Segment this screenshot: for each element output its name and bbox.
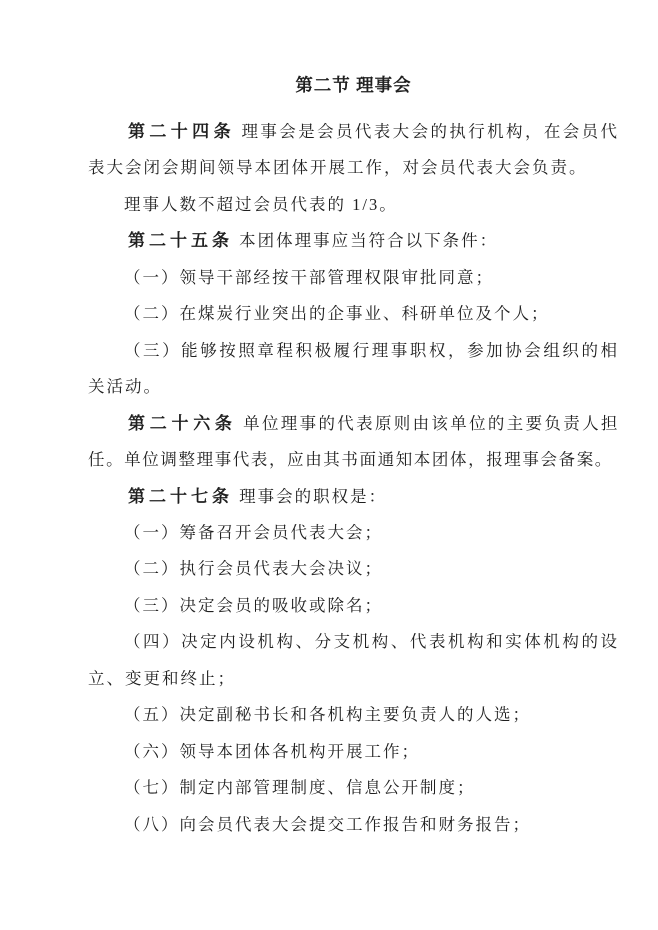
article-number-24: 第二十四条	[128, 122, 235, 141]
paragraph-text: （三）决定会员的吸收或除名；	[124, 596, 383, 615]
paragraph-text: （五）决定副秘书长和各机构主要负责人的人选；	[124, 705, 531, 724]
paragraph-article-26: 第二十六条 单位理事的代表原则由该单位的主要负责人担任。单位调整理事代表，应由其…	[88, 406, 619, 479]
paragraph-text: （一）领导干部经按干部管理权限审批同意；	[124, 268, 494, 287]
paragraph-ratio: 理事人数不超过会员代表的 1/3。	[88, 187, 619, 223]
paragraph-article-24: 第二十四条 理事会是会员代表大会的执行机构，在会员代表大会闭会期间领导本团体开展…	[88, 114, 619, 187]
article-text: 本团体理事应当符合以下条件：	[239, 231, 498, 250]
paragraph-text: （一）筹备召开会员代表大会；	[124, 523, 383, 542]
paragraph-power-4: （四）决定内设机构、分支机构、代表机构和实体机构的设立、变更和终止；	[88, 624, 619, 697]
paragraph-text: （二）执行会员代表大会决议；	[124, 559, 383, 578]
paragraph-power-8: （八）向会员代表大会提交工作报告和财务报告；	[88, 807, 619, 843]
paragraph-text: （六）领导本团体各机构开展工作；	[124, 742, 420, 761]
paragraph-article-27: 第二十七条 理事会的职权是：	[88, 479, 619, 515]
paragraph-condition-2: （二）在煤炭行业突出的企事业、科研单位及个人；	[88, 296, 619, 332]
article-number-26: 第二十六条	[128, 414, 237, 433]
paragraph-text: （三）能够按照章程积极履行理事职权，参加协会组织的相关活动。	[88, 341, 619, 396]
paragraph-article-25: 第二十五条 本团体理事应当符合以下条件：	[88, 223, 619, 259]
paragraph-power-3: （三）决定会员的吸收或除名；	[88, 588, 619, 624]
section-title: 第二节 理事会	[88, 70, 619, 100]
paragraph-condition-3: （三）能够按照章程积极履行理事职权，参加协会组织的相关活动。	[88, 333, 619, 406]
paragraph-power-7: （七）制定内部管理制度、信息公开制度；	[88, 770, 619, 806]
paragraph-power-5: （五）决定副秘书长和各机构主要负责人的人选；	[88, 697, 619, 733]
paragraph-text: （七）制定内部管理制度、信息公开制度；	[124, 778, 476, 797]
paragraph-text: （八）向会员代表大会提交工作报告和财务报告；	[124, 815, 531, 834]
paragraph-text: 理事人数不超过会员代表的 1/3。	[124, 195, 398, 214]
article-text: 理事会的职权是：	[239, 487, 387, 506]
document-page: 第二节 理事会 第二十四条 理事会是会员代表大会的执行机构，在会员代表大会闭会期…	[88, 70, 619, 843]
paragraph-text: （二）在煤炭行业突出的企事业、科研单位及个人；	[124, 304, 550, 323]
paragraph-power-6: （六）领导本团体各机构开展工作；	[88, 734, 619, 770]
paragraph-power-1: （一）筹备召开会员代表大会；	[88, 515, 619, 551]
paragraph-power-2: （二）执行会员代表大会决议；	[88, 551, 619, 587]
paragraph-text: （四）决定内设机构、分支机构、代表机构和实体机构的设立、变更和终止；	[88, 632, 619, 687]
article-number-25: 第二十五条	[128, 231, 233, 250]
paragraph-condition-1: （一）领导干部经按干部管理权限审批同意；	[88, 260, 619, 296]
document-canvas: { "page": { "section_title": "第二节 理事会", …	[0, 0, 658, 930]
article-number-27: 第二十七条	[128, 487, 233, 506]
